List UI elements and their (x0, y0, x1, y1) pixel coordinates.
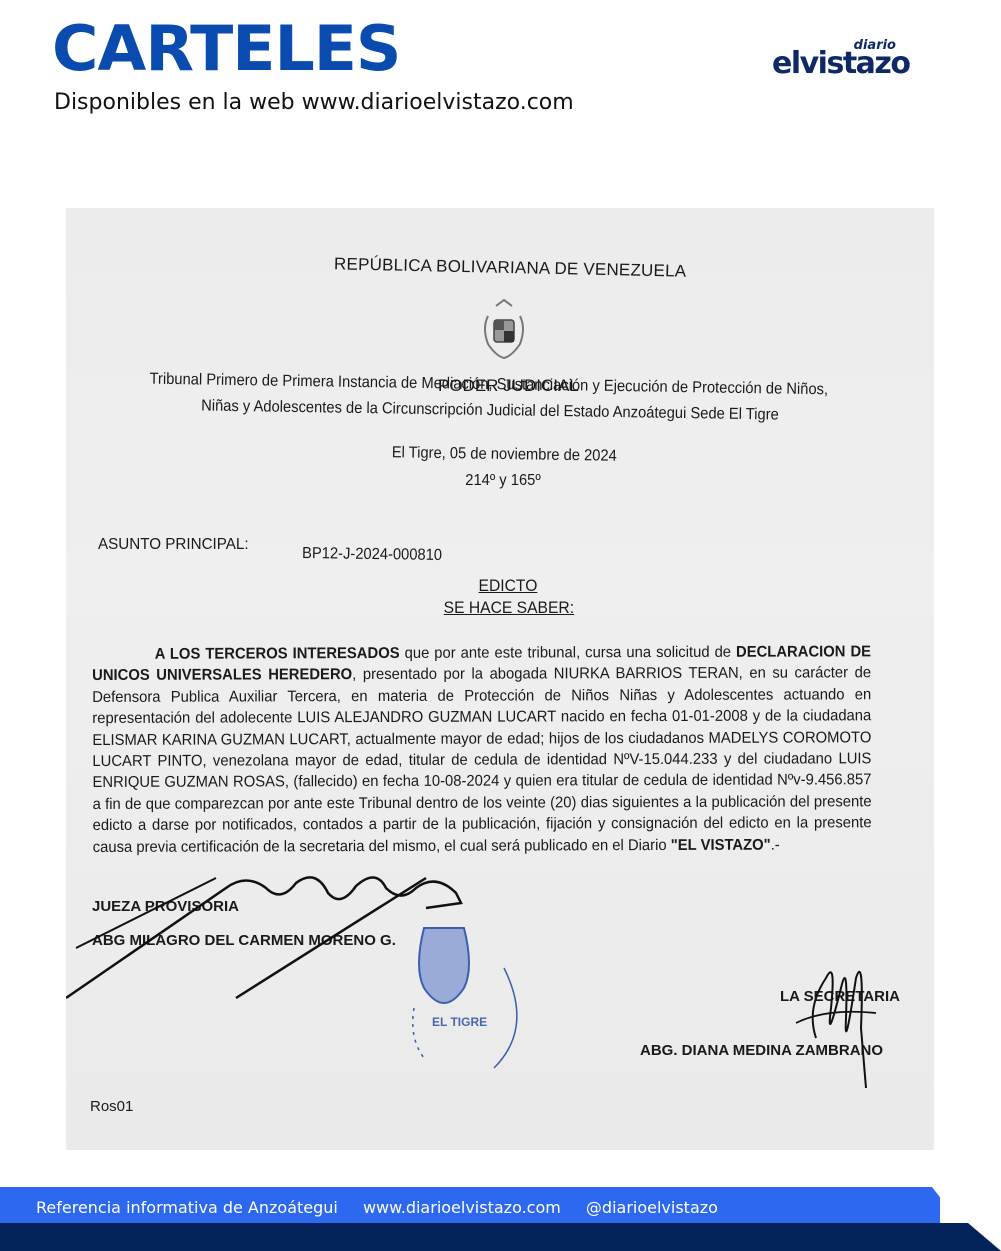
brand-logo[interactable]: diario elvistazo (772, 36, 952, 86)
edict-document-scan: REPÚBLICA BOLIVARIANA DE VENEZUELA PODER… (66, 208, 934, 1150)
body-lead-bold: A LOS TERCEROS INTERESADOS (155, 645, 400, 663)
coat-of-arms-icon (474, 298, 534, 362)
edicto-heading: EDICTO (479, 576, 538, 596)
se-hace-saber-heading: SE HACE SABER: (444, 598, 574, 618)
reference-code: Ros01 (90, 1098, 133, 1115)
asunto-label: ASUNTO PRINCIPAL: (98, 536, 249, 554)
body-main-text: , presentado por la abogada NIURKA BARRI… (92, 665, 872, 856)
footer-text: Referencia informativa de Anzoátegui www… (36, 1198, 738, 1217)
page-title: CARTELES (52, 18, 400, 80)
secretary-signature-icon (786, 948, 886, 1098)
page-subtitle: Disponibles en la web www.diarioelvistaz… (54, 90, 574, 115)
document-years: 214º y 165º (465, 472, 540, 490)
tribunal-line-2: Niñas y Adolescentes de la Circunscripci… (201, 397, 779, 424)
asunto-value: BP12-J-2024-000810 (302, 545, 442, 565)
document-date: El Tigre, 05 de noviembre de 2024 (392, 444, 617, 466)
document-country: REPÚBLICA BOLIVARIANA DE VENEZUELA (334, 254, 687, 281)
body-end: .- (771, 836, 780, 853)
edict-body: A LOS TERCEROS INTERESADOS que por ante … (92, 641, 872, 858)
judge-signature-icon (66, 848, 486, 1018)
footer-tagline: Referencia informativa de Anzoátegui (36, 1198, 338, 1217)
footer-base-bar (0, 1223, 1001, 1251)
logo-main-text: elvistazo (772, 46, 909, 81)
body-lead-rest: que por ante este tribunal, cursa una so… (400, 644, 736, 662)
footer-social-handle[interactable]: @diarioelvistazo (586, 1198, 718, 1217)
footer-website-link[interactable]: www.diarioelvistazo.com (363, 1198, 561, 1217)
body-paper-name: "EL VISTAZO" (671, 836, 771, 853)
